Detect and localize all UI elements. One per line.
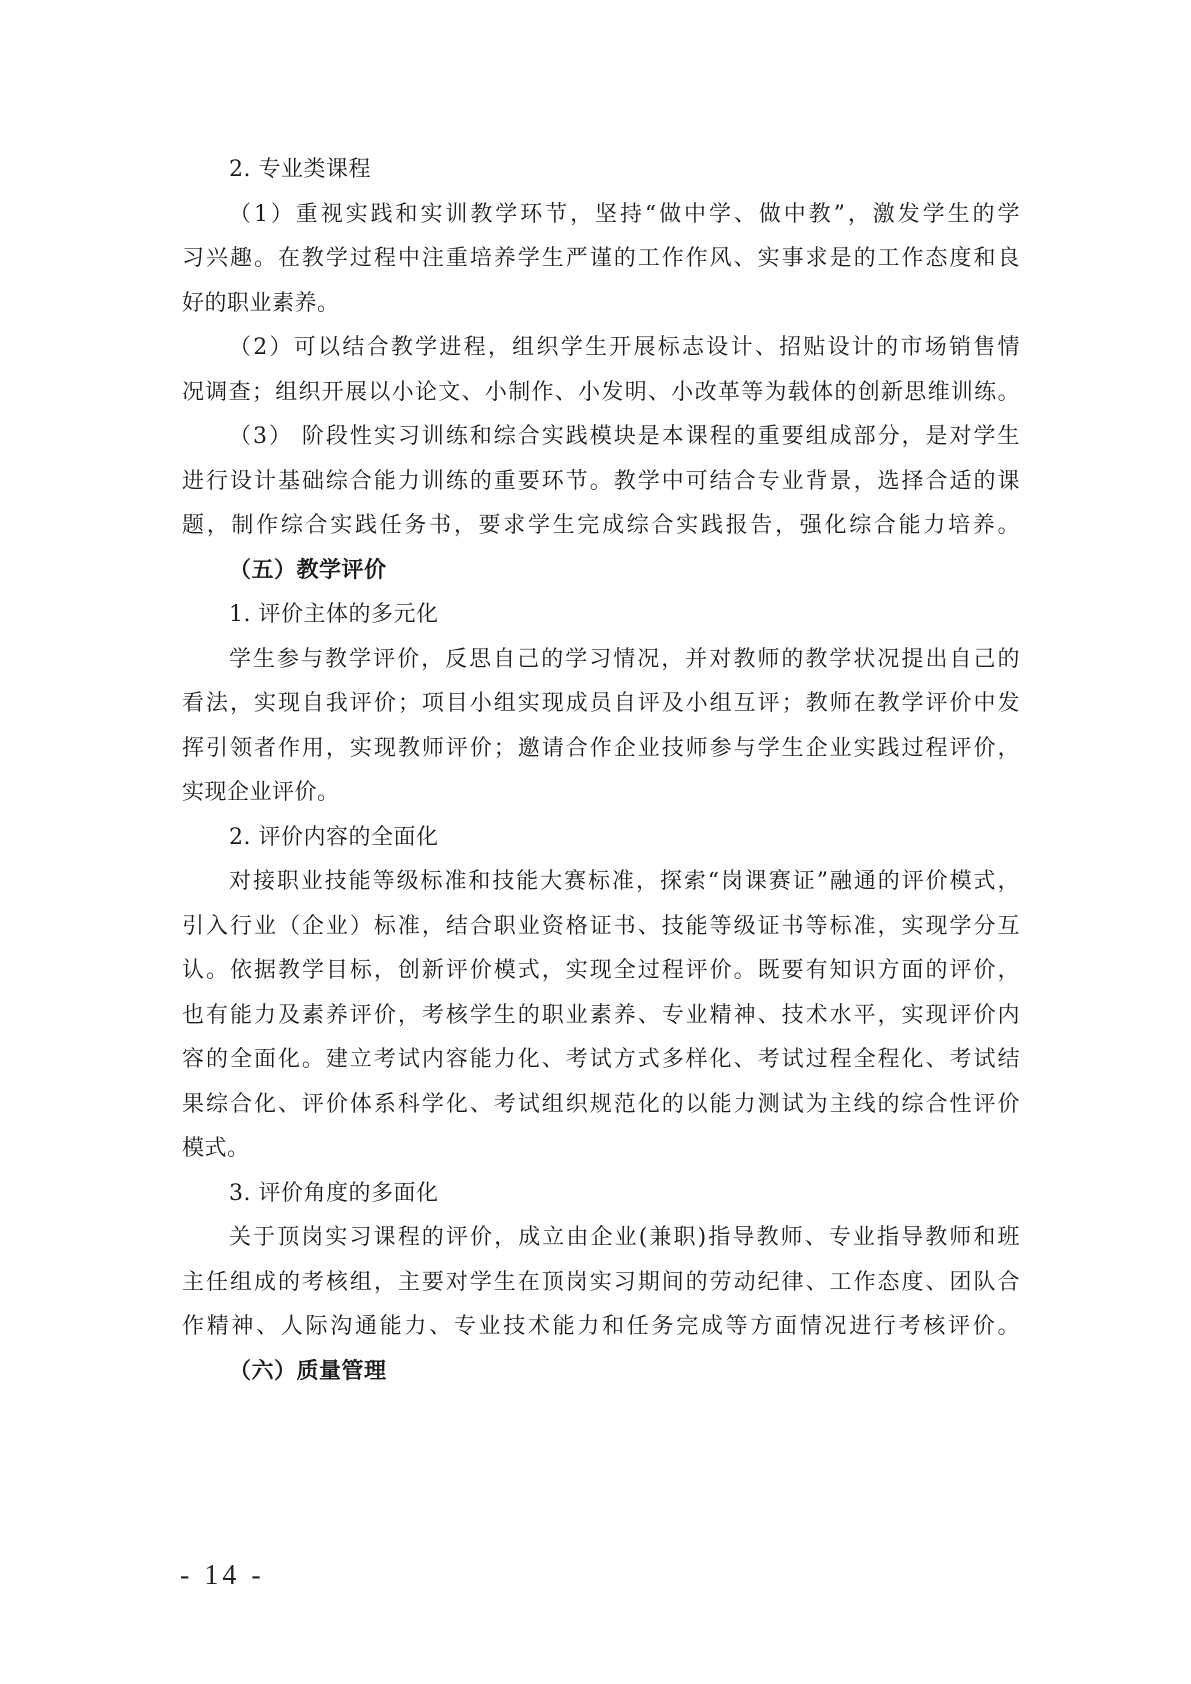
paragraph-market-survey: （2）可以结合教学进程，组织学生开展标志设计、招贴设计的市场销售情 况调查；组织… bbox=[182, 326, 1020, 415]
subheading-multifaceted-angles: 3. 评价角度的多面化 bbox=[182, 1172, 1020, 1217]
paragraph-internship-evaluation: 关于顶岗实习课程的评价，成立由企业(兼职)指导教师、专业指导教师和班 主任组成的… bbox=[182, 1216, 1020, 1350]
text-line: 认。依据教学目标，创新评价模式，实现全过程评价。既要有知识方面的评价， bbox=[182, 949, 1020, 994]
text-line: （2）可以结合教学进程，组织学生开展标志设计、招贴设计的市场销售情 bbox=[182, 326, 1020, 371]
section-heading-quality-management: （六）质量管理 bbox=[182, 1350, 1020, 1395]
text-line: 也有能力及素养评价，考核学生的职业素养、专业精神、技术水平，实现评价内 bbox=[182, 994, 1020, 1039]
paragraph-student-participation: 学生参与教学评价，反思自己的学习情况，并对教师的教学状况提出自己的 看法，实现自… bbox=[182, 638, 1020, 816]
text-line: 果综合化、评价体系科学化、考试组织规范化的以能力测试为主线的综合性评价 bbox=[182, 1083, 1020, 1128]
text-line: 好的职业素养。 bbox=[182, 282, 1020, 327]
text-line: 题，制作综合实践任务书，要求学生完成综合实践报告，强化综合能力培养。 bbox=[182, 504, 1020, 549]
paragraph-skill-standards: 对接职业技能等级标准和技能大赛标准，探索“岗课赛证”融通的评价模式， 引入行业（… bbox=[182, 860, 1020, 1172]
text-line: 作精神、人际沟通能力、专业技术能力和任务完成等方面情况进行考核评价。 bbox=[182, 1305, 1020, 1350]
text-line: 模式。 bbox=[182, 1127, 1020, 1172]
page-number: - 14 - bbox=[180, 1560, 265, 1592]
text-line: 挥引领者作用，实现教师评价；邀请合作企业技师参与学生企业实践过程评价， bbox=[182, 727, 1020, 772]
text-line: 实现企业评价。 bbox=[182, 771, 1020, 816]
text-line: 况调查；组织开展以小论文、小制作、小发明、小改革等为载体的创新思维训练。 bbox=[182, 371, 1020, 416]
text-line: 看法，实现自我评价；项目小组实现成员自评及小组互评；教师在教学评价中发 bbox=[182, 682, 1020, 727]
section-heading-teaching-evaluation: （五）教学评价 bbox=[182, 549, 1020, 594]
paragraph-phased-practice: （3） 阶段性实习训练和综合实践模块是本课程的重要组成部分，是对学生 进行设计基… bbox=[182, 415, 1020, 549]
text-line: 容的全面化。建立考试内容能力化、考试方式多样化、考试过程全程化、考试结 bbox=[182, 1038, 1020, 1083]
text-line: 进行设计基础综合能力训练的重要环节。教学中可结合专业背景，选择合适的课 bbox=[182, 460, 1020, 505]
text-line: 习兴趣。在教学过程中注重培养学生严谨的工作作风、实事求是的工作态度和良 bbox=[182, 237, 1020, 282]
subheading-diversified-subjects: 1. 评价主体的多元化 bbox=[182, 593, 1020, 638]
page-content: 2. 专业类课程 （1）重视实践和实训教学环节，坚持“做中学、做中教”，激发学生… bbox=[182, 148, 1020, 1394]
text-line: 关于顶岗实习课程的评价，成立由企业(兼职)指导教师、专业指导教师和班 bbox=[182, 1216, 1020, 1261]
text-line: 学生参与教学评价，反思自己的学习情况，并对教师的教学状况提出自己的 bbox=[182, 638, 1020, 683]
text-line: （1）重视实践和实训教学环节，坚持“做中学、做中教”，激发学生的学 bbox=[182, 193, 1020, 238]
paragraph-practice-training: （1）重视实践和实训教学环节，坚持“做中学、做中教”，激发学生的学 习兴趣。在教… bbox=[182, 193, 1020, 327]
text-line: 对接职业技能等级标准和技能大赛标准，探索“岗课赛证”融通的评价模式， bbox=[182, 860, 1020, 905]
text-line: 主任组成的考核组，主要对学生在顶岗实习期间的劳动纪律、工作态度、团队合 bbox=[182, 1261, 1020, 1306]
text-line: 引入行业（企业）标准，结合职业资格证书、技能等级证书等标准，实现学分互 bbox=[182, 905, 1020, 950]
subheading-professional-courses: 2. 专业类课程 bbox=[182, 148, 1020, 193]
subheading-comprehensive-content: 2. 评价内容的全面化 bbox=[182, 816, 1020, 861]
document-page: 2. 专业类课程 （1）重视实践和实训教学环节，坚持“做中学、做中教”，激发学生… bbox=[0, 0, 1191, 1684]
text-line: （3） 阶段性实习训练和综合实践模块是本课程的重要组成部分，是对学生 bbox=[182, 415, 1020, 460]
